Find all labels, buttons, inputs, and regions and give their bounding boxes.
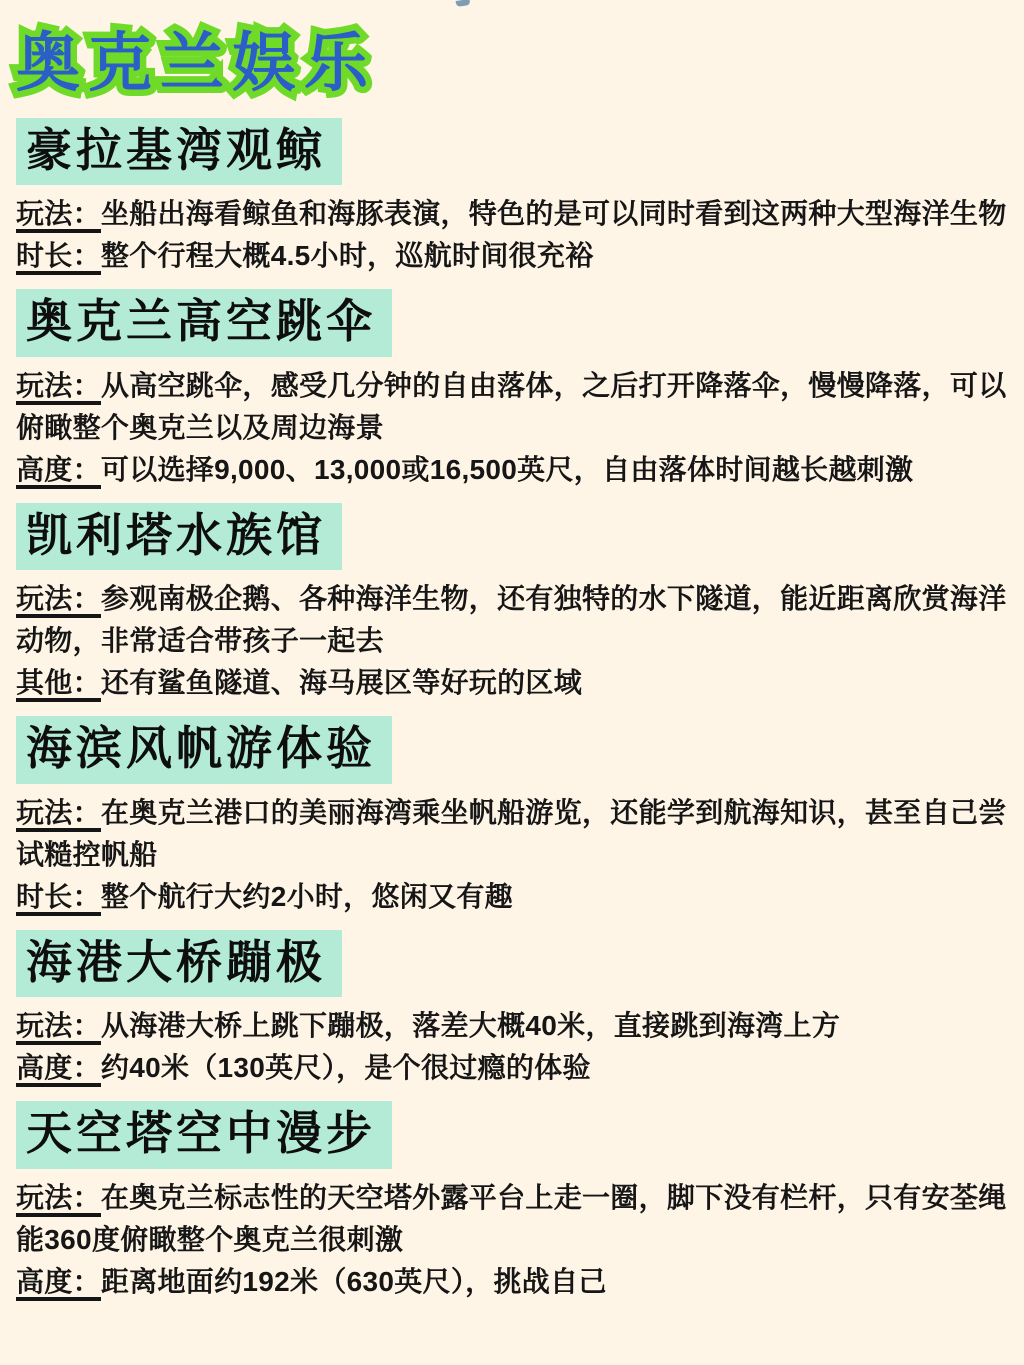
item-label: 高度： bbox=[16, 1052, 101, 1087]
section-title-highlight: 海港大桥蹦极 bbox=[16, 930, 342, 998]
section-title-text: 奥克兰高空跳伞 bbox=[26, 294, 376, 348]
section-skywalk: 天空塔空中漫步 玩法：在奥克兰标志性的天空塔外露平台上走一圈，脚下没有栏杆，只有… bbox=[16, 1101, 1016, 1303]
item-label: 玩法： bbox=[16, 370, 101, 405]
item-text: 距离地面约192米（630英尺），挑战自己 bbox=[101, 1266, 607, 1297]
section-title-text: 海滨风帆游体验 bbox=[26, 721, 376, 775]
item-label: 时长： bbox=[16, 240, 101, 275]
section-item: 高度：可以选择9,000、13,000或16,500英尺，自由落体时间越长越刺激 bbox=[16, 449, 1014, 491]
section-skydiving: 奥克兰高空跳伞 玩法：从高空跳伞，感受几分钟的自由落体，之后打开降落伞，慢慢降落… bbox=[16, 289, 1016, 491]
item-text: 从海港大桥上跳下蹦极，落差大概40米，直接跳到海湾上方 bbox=[101, 1010, 840, 1041]
page-title: 奥克兰娱乐 奥克兰娱乐 bbox=[16, 28, 376, 102]
item-text: 约40米（130英尺），是个很过瘾的体验 bbox=[101, 1052, 591, 1083]
section-title-text: 豪拉基湾观鲸 bbox=[26, 123, 326, 177]
section-item: 高度：约40米（130英尺），是个很过瘾的体验 bbox=[16, 1047, 1014, 1089]
section-sailing: 海滨风帆游体验 玩法：在奥克兰港口的美丽海湾乘坐帆船游览，还能学到航海知识，甚至… bbox=[16, 716, 1016, 918]
page-title-text: 奥克兰娱乐 bbox=[16, 27, 376, 101]
item-text: 还有鲨鱼隧道、海马展区等好玩的区域 bbox=[101, 667, 582, 698]
item-label: 高度： bbox=[16, 454, 101, 489]
section-title-highlight: 天空塔空中漫步 bbox=[16, 1101, 392, 1169]
item-text: 整个行程大概4.5小时，巡航时间很充裕 bbox=[101, 240, 594, 271]
item-text: 可以选择9,000、13,000或16,500英尺，自由落体时间越长越刺激 bbox=[101, 454, 913, 485]
item-label: 时长： bbox=[16, 881, 101, 916]
section-title-text: 凯利塔水族馆 bbox=[26, 508, 326, 562]
section-title-highlight: 凯利塔水族馆 bbox=[16, 503, 342, 571]
sparkle-decoration-icon bbox=[456, 0, 471, 7]
item-label: 玩法： bbox=[16, 583, 101, 618]
item-text: 参观南极企鹅、各种海洋生物，还有独特的水下隧道，能近距离欣赏海洋动物，非常适合带… bbox=[16, 583, 1007, 656]
section-title-highlight: 奥克兰高空跳伞 bbox=[16, 289, 392, 357]
section-aquarium: 凯利塔水族馆 玩法：参观南极企鹅、各种海洋生物，还有独特的水下隧道，能近距离欣赏… bbox=[16, 503, 1016, 705]
section-item: 玩法：参观南极企鹅、各种海洋生物，还有独特的水下隧道，能近距离欣赏海洋动物，非常… bbox=[16, 578, 1014, 662]
section-item: 时长：整个航行大约2小时，悠闲又有趣 bbox=[16, 876, 1014, 918]
section-item: 其他：还有鲨鱼隧道、海马展区等好玩的区域 bbox=[16, 662, 1014, 704]
section-item: 高度：距离地面约192米（630英尺），挑战自己 bbox=[16, 1261, 1014, 1303]
item-text: 从高空跳伞，感受几分钟的自由落体，之后打开降落伞，慢慢降落，可以俯瞰整个奥克兰以… bbox=[16, 370, 1007, 443]
item-label: 玩法： bbox=[16, 1182, 101, 1217]
item-label: 其他： bbox=[16, 667, 101, 702]
item-label: 玩法： bbox=[16, 797, 101, 832]
section-title-highlight: 海滨风帆游体验 bbox=[16, 716, 392, 784]
section-title-highlight: 豪拉基湾观鲸 bbox=[16, 118, 342, 186]
item-label: 高度： bbox=[16, 1266, 101, 1301]
item-text: 坐船出海看鲸鱼和海豚表演，特色的是可以同时看到这两种大型海洋生物 bbox=[101, 198, 1007, 229]
item-text: 在奥克兰标志性的天空塔外露平台上走一圈，脚下没有栏杆，只有安荃绳能360度俯瞰整… bbox=[16, 1182, 1007, 1255]
item-text: 在奥克兰港口的美丽海湾乘坐帆船游览，还能学到航海知识，甚至自己尝试糙控帆船 bbox=[16, 797, 1007, 870]
section-item: 玩法：从海港大桥上跳下蹦极，落差大概40米，直接跳到海湾上方 bbox=[16, 1005, 1014, 1047]
section-item: 玩法：在奥克兰标志性的天空塔外露平台上走一圈，脚下没有栏杆，只有安荃绳能360度… bbox=[16, 1177, 1014, 1261]
section-title-text: 海港大桥蹦极 bbox=[26, 935, 326, 989]
item-label: 玩法： bbox=[16, 198, 101, 233]
section-item: 玩法：从高空跳伞，感受几分钟的自由落体，之后打开降落伞，慢慢降落，可以俯瞰整个奥… bbox=[16, 365, 1014, 449]
infographic-page: 奥克兰娱乐 奥克兰娱乐 豪拉基湾观鲸 玩法：坐船出海看鲸鱼和海豚表演，特色的是可… bbox=[0, 0, 1024, 1365]
item-text: 整个航行大约2小时，悠闲又有趣 bbox=[101, 881, 513, 912]
section-title-text: 天空塔空中漫步 bbox=[26, 1106, 376, 1160]
section-item: 玩法：在奥克兰港口的美丽海湾乘坐帆船游览，还能学到航海知识，甚至自己尝试糙控帆船 bbox=[16, 792, 1014, 876]
section-whale-watching: 豪拉基湾观鲸 玩法：坐船出海看鲸鱼和海豚表演，特色的是可以同时看到这两种大型海洋… bbox=[16, 118, 1016, 278]
section-item: 时长：整个行程大概4.5小时，巡航时间很充裕 bbox=[16, 235, 1014, 277]
section-item: 玩法：坐船出海看鲸鱼和海豚表演，特色的是可以同时看到这两种大型海洋生物 bbox=[16, 193, 1014, 235]
section-bungee: 海港大桥蹦极 玩法：从海港大桥上跳下蹦极，落差大概40米，直接跳到海湾上方 高度… bbox=[16, 930, 1016, 1090]
item-label: 玩法： bbox=[16, 1010, 101, 1045]
